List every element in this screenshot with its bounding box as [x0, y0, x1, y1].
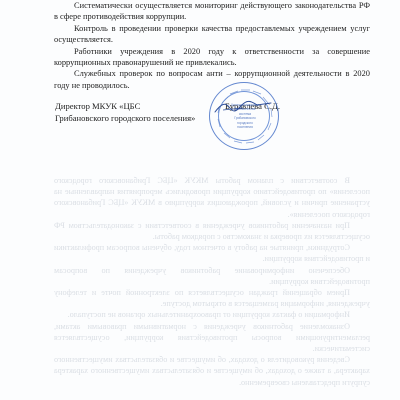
- handwritten-signature-icon: [213, 98, 273, 116]
- paragraph-quality-control: Контроль в проведении проверки качества …: [54, 23, 370, 46]
- official-stamp: Централизованная библиотечная система Гр…: [209, 82, 279, 150]
- paragraph-employee-liability: Работники учреждения в 2020 году к ответ…: [54, 46, 370, 69]
- paragraph-monitoring: Систематически осуществляется мониторинг…: [54, 0, 370, 23]
- signer-organization: Грибановского городского поселения»: [55, 113, 195, 123]
- document-body: Систематически осуществляется мониторинг…: [54, 0, 370, 91]
- bleed-through-text: В соответствии с планом работы МКУК «ЦБС…: [54, 175, 370, 388]
- document-page: Систематически осуществляется мониторинг…: [0, 0, 400, 400]
- signer-position: Директор МКУК «ЦБС: [55, 101, 140, 111]
